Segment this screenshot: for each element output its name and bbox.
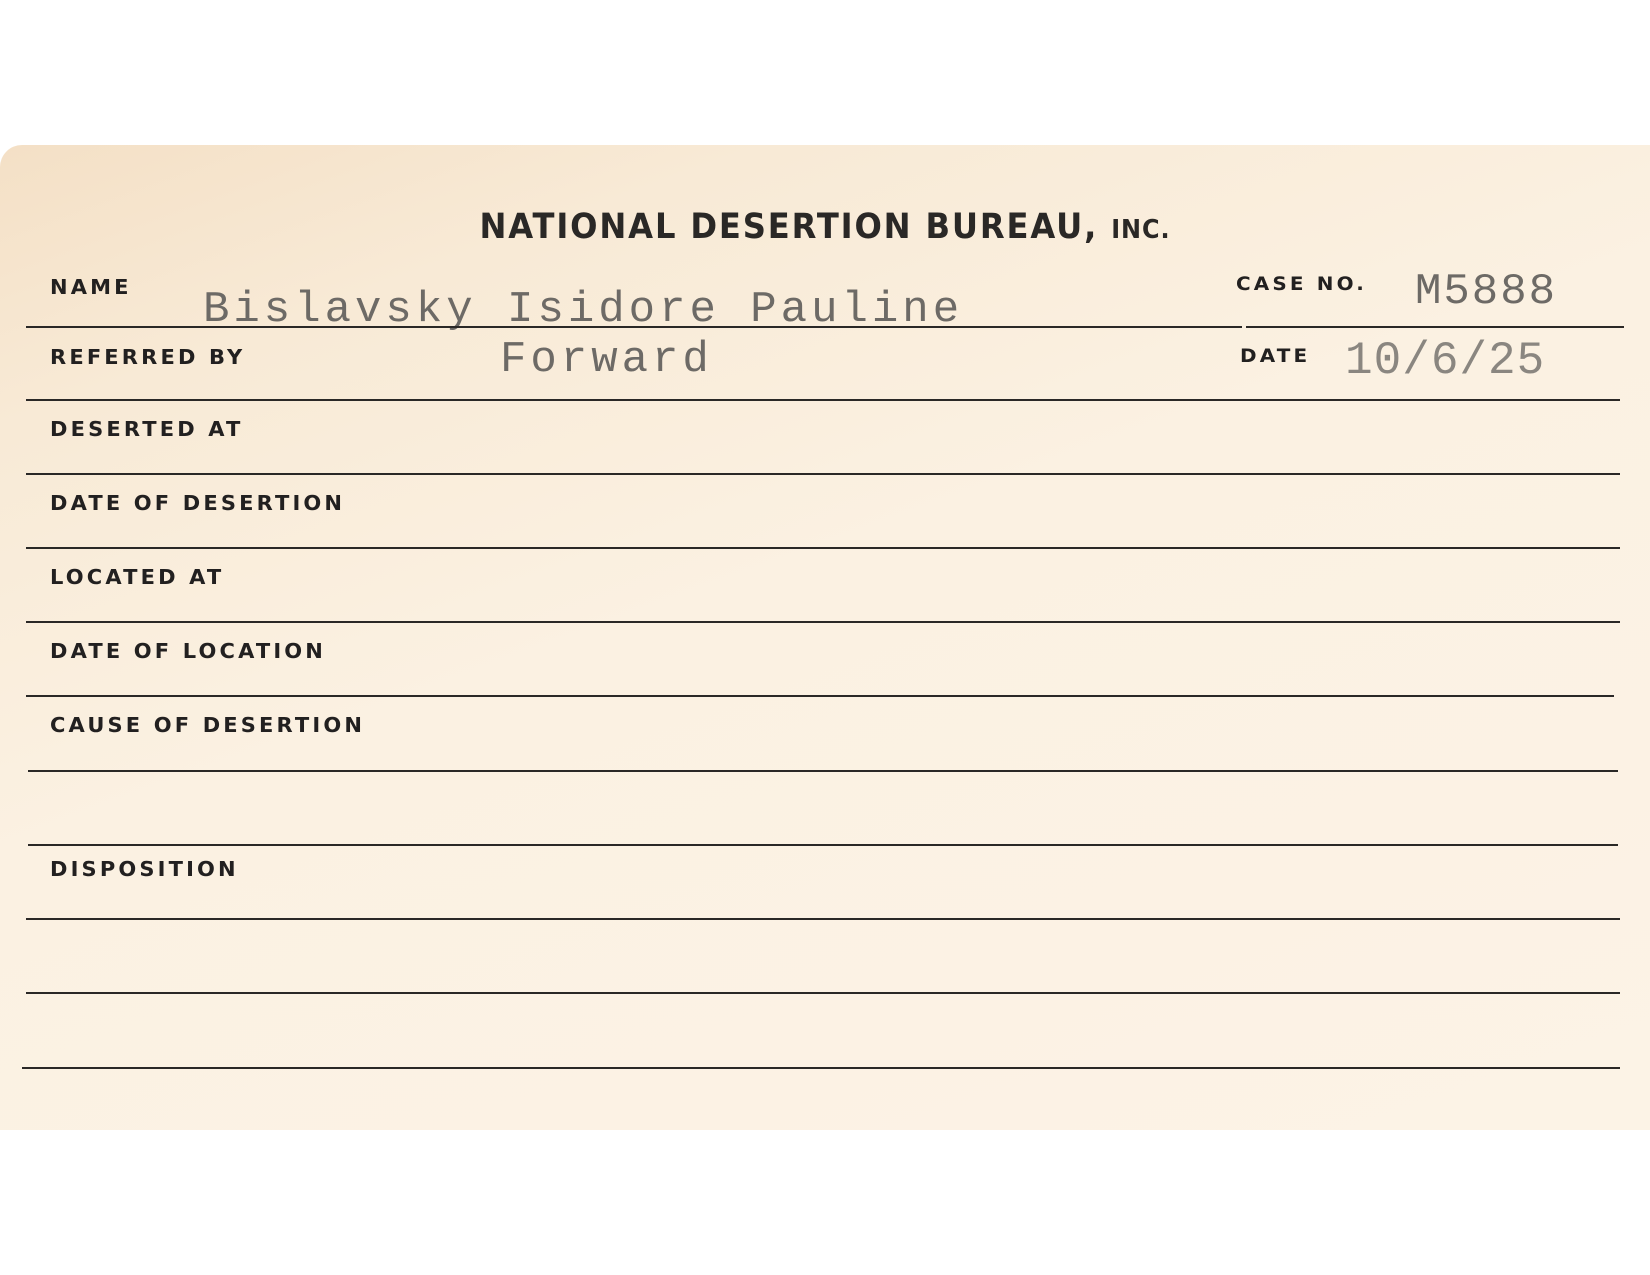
disposition-rule-2 xyxy=(26,992,1620,994)
referred-by-label: REFERRED BY xyxy=(50,345,245,369)
disposition-label: DISPOSITION xyxy=(50,857,239,881)
case-no-value[interactable]: M5888 xyxy=(1415,267,1557,317)
date-label: DATE xyxy=(1240,345,1310,367)
case-no-label: CASE NO. xyxy=(1236,273,1367,295)
referred-by-value[interactable]: Forward xyxy=(500,335,713,385)
date-of-location-rule xyxy=(26,695,1614,697)
name-label: NAME xyxy=(50,275,132,299)
bureau-suffix: INC. xyxy=(1111,215,1170,245)
card-title: NATIONAL DESERTION BUREAU, INC. xyxy=(66,207,1584,247)
cause-of-desertion-label: CAUSE OF DESERTION xyxy=(50,713,365,737)
referred-by-rule xyxy=(26,399,1620,401)
cause-of-desertion-rule-1 xyxy=(28,770,1618,772)
date-value[interactable]: 10/6/25 xyxy=(1345,335,1545,387)
case-no-rule xyxy=(1246,326,1624,328)
bureau-name: NATIONAL DESERTION BUREAU, xyxy=(480,207,1099,247)
disposition-rule-1 xyxy=(26,918,1620,920)
date-of-desertion-rule xyxy=(26,547,1620,549)
deserted-at-label: DESERTED AT xyxy=(50,417,243,441)
date-of-location-label: DATE OF LOCATION xyxy=(50,639,326,663)
index-card: NATIONAL DESERTION BUREAU, INC. NAME Bis… xyxy=(0,145,1650,1130)
located-at-label: LOCATED AT xyxy=(50,565,224,589)
name-rule xyxy=(26,326,1242,328)
disposition-rule-3 xyxy=(22,1067,1620,1069)
date-of-desertion-label: DATE OF DESERTION xyxy=(50,491,345,515)
deserted-at-rule xyxy=(26,473,1620,475)
cause-of-desertion-rule-2 xyxy=(28,844,1618,846)
located-at-rule xyxy=(26,621,1620,623)
